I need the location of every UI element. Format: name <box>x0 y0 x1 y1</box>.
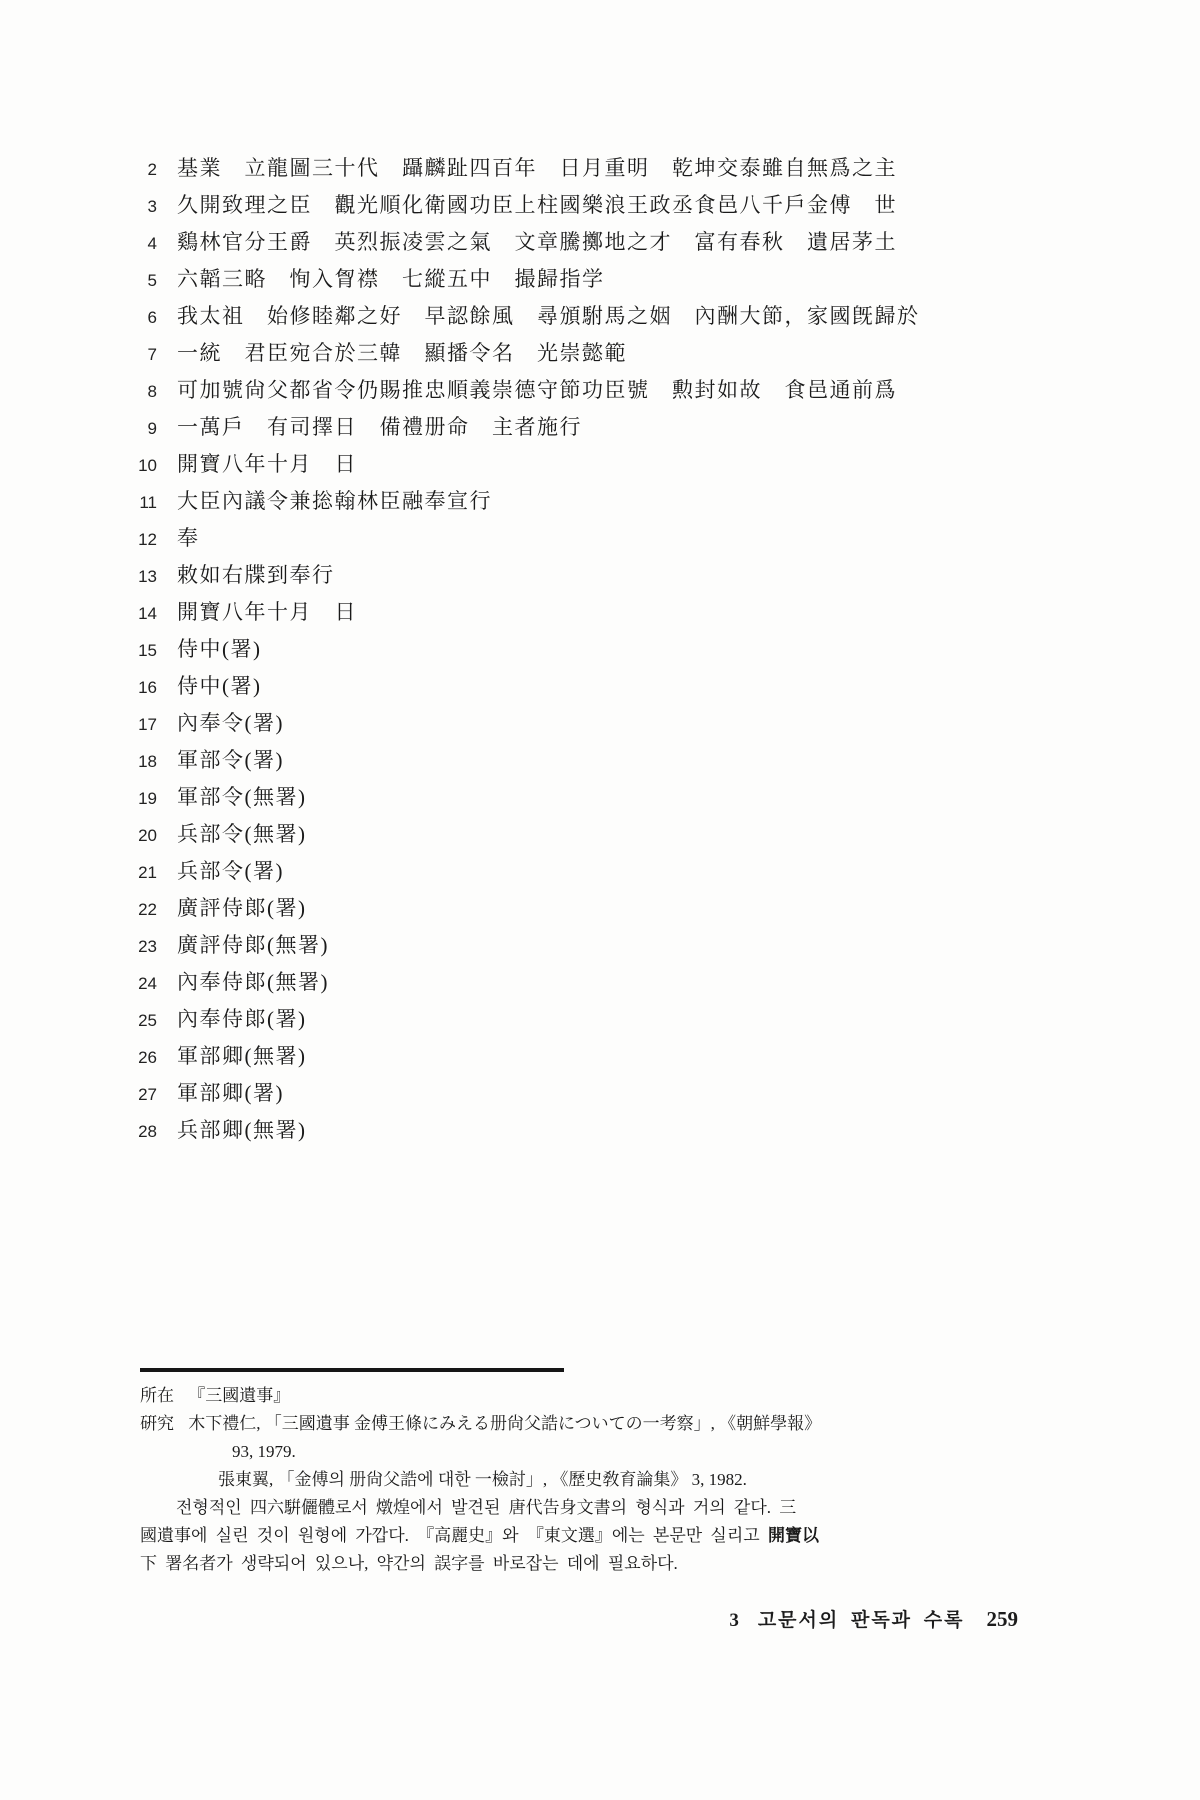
line-number: 5 <box>133 262 157 299</box>
transcription-line: 3 久開致理之臣 觀光順化衛國功臣上柱國樂浪王政丞食邑八千戶金傅 世 <box>133 187 1053 224</box>
line-number: 13 <box>133 558 157 595</box>
line-text: 軍部卿(無署) <box>177 1038 307 1075</box>
line-text: 大臣內議令兼捴翰林臣融奉宣行 <box>177 483 492 520</box>
commentary-line-1: 전형적인 四六騈儷體로서 燉煌에서 발견된 唐代告身文書의 형식과 거의 같다.… <box>140 1494 1038 1522</box>
line-number: 14 <box>133 595 157 632</box>
transcription-line: 18 軍部令(署) <box>133 742 1053 779</box>
line-text: 鷄林官分王爵 英烈振凌雲之氣 文章騰擲地之才 富有春秋 遺居茅土 <box>177 224 897 261</box>
line-number: 7 <box>133 336 157 373</box>
transcription-line: 22 廣評侍郞(署) <box>133 890 1053 927</box>
transcription-line: 7 一統 君臣宛合於三韓 顯播令名 光崇懿範 <box>133 335 1053 372</box>
commentary-line-3: 下 署名者가 생략되어 있으나, 약간의 誤字를 바로잡는 데에 필요하다. <box>140 1550 1038 1578</box>
transcription-line: 10 開寶八年十月 日 <box>133 446 1053 483</box>
line-number: 10 <box>133 447 157 484</box>
transcription-line: 26 軍部卿(無署) <box>133 1038 1053 1075</box>
commentary-line-2-bold: 開寶以 <box>768 1526 819 1545</box>
reference-1-pages: 93, 1979. <box>232 1442 296 1461</box>
line-text: 侍中(署) <box>177 631 262 668</box>
line-text: 軍部令(無署) <box>177 779 307 816</box>
transcription-line: 23 廣評侍郞(無署) <box>133 927 1053 964</box>
commentary-line-2-text: 國遺事에 실린 것이 원형에 가깝다. 『高麗史』와 『東文選』에는 본문만 실… <box>140 1526 768 1545</box>
line-text: 軍部令(署) <box>177 742 284 779</box>
transcription-line: 15 侍中(署) <box>133 631 1053 668</box>
transcription-line: 20 兵部令(無署) <box>133 816 1053 853</box>
line-text: 久開致理之臣 觀光順化衛國功臣上柱國樂浪王政丞食邑八千戶金傅 世 <box>177 187 897 224</box>
transcription-line: 27 軍部卿(署) <box>133 1075 1053 1112</box>
footnote-block: 所在 『三國遺事』 硏究 木下禮仁, 「三國遺事 金傅王條にみえる册尙父誥につい… <box>140 1368 1040 1578</box>
transcription-line: 6 我太祖 始修睦鄰之好 早認餘風 尋頒駙馬之姻 內酬大節，家國旣歸於 <box>133 298 1053 335</box>
footnote-location-line: 所在 『三國遺事』 <box>140 1382 1040 1410</box>
commentary-line-3-text: 下 署名者가 생략되어 있으나, 약간의 誤字를 바로잡는 데에 필요하다. <box>140 1554 678 1573</box>
line-text: 侍中(署) <box>177 668 262 705</box>
transcription-line: 28 兵部卿(無署) <box>133 1112 1053 1149</box>
line-text: 開寶八年十月 日 <box>177 594 357 631</box>
footnote-research-line: 硏究 木下禮仁, 「三國遺事 金傅王條にみえる册尙父誥についての一考察」, 《朝… <box>140 1410 1040 1438</box>
line-number: 15 <box>133 632 157 669</box>
line-text: 兵部卿(無署) <box>177 1112 307 1149</box>
line-number: 27 <box>133 1076 157 1113</box>
line-number: 18 <box>133 743 157 780</box>
chapter-title: 고문서의 판독과 수록 <box>758 1610 965 1631</box>
line-text: 奉 <box>177 520 200 557</box>
line-text: 六韜三略 恂入胷襟 七縱五中 撮歸指学 <box>177 261 605 298</box>
book-page: 2 基業 立龍圖三十代 躡麟趾四百年 日月重明 乾坤交泰雖自無爲之主 3 久開致… <box>0 0 1200 1800</box>
line-number: 21 <box>133 854 157 891</box>
line-text: 廣評侍郞(無署) <box>177 927 329 964</box>
line-text: 開寶八年十月 日 <box>177 446 357 483</box>
line-text: 基業 立龍圖三十代 躡麟趾四百年 日月重明 乾坤交泰雖自無爲之主 <box>177 150 897 187</box>
chapter-number: 3 <box>729 1610 740 1631</box>
transcription-line: 17 內奉令(署) <box>133 705 1053 742</box>
line-number: 17 <box>133 706 157 743</box>
research-label: 硏究 <box>140 1414 174 1433</box>
line-number: 11 <box>133 484 157 521</box>
transcription-line: 5 六韜三略 恂入胷襟 七縱五中 撮歸指学 <box>133 261 1053 298</box>
reference-1-part1: 木下禮仁, 「三國遺事 金傅王條にみえる册尙父誥についての一考察」, 《朝鮮學報… <box>188 1414 821 1433</box>
line-text: 我太祖 始修睦鄰之好 早認餘風 尋頒駙馬之姻 內酬大節，家國旣歸於 <box>177 298 920 335</box>
reference-2: 張東翼, 「金傅의 册尙父誥에 대한 一檢討」, 《歷史敎育論集》 3, 198… <box>140 1466 1040 1494</box>
line-text: 一萬戶 有司擇日 備禮册命 主者施行 <box>177 409 582 446</box>
line-number: 19 <box>133 780 157 817</box>
line-number: 2 <box>133 151 157 188</box>
transcription-line: 8 可加號尙父都省令仍賜推忠順義崇德守節功臣號 勲封如故 食邑通前爲 <box>133 372 1053 409</box>
line-number: 3 <box>133 188 157 225</box>
transcription-lines: 2 基業 立龍圖三十代 躡麟趾四百年 日月重明 乾坤交泰雖自無爲之主 3 久開致… <box>133 150 1053 1149</box>
line-number: 6 <box>133 299 157 336</box>
transcription-line: 24 內奉侍郞(無署) <box>133 964 1053 1001</box>
line-number: 22 <box>133 891 157 928</box>
line-text: 可加號尙父都省令仍賜推忠順義崇德守節功臣號 勲封如故 食邑通前爲 <box>177 372 897 409</box>
footnote-divider <box>140 1368 564 1372</box>
line-number: 8 <box>133 373 157 410</box>
line-text: 軍部卿(署) <box>177 1075 284 1112</box>
transcription-line: 2 基業 立龍圖三十代 躡麟趾四百年 日月重明 乾坤交泰雖自無爲之主 <box>133 150 1053 187</box>
line-text: 內奉侍郞(無署) <box>177 964 329 1001</box>
line-number: 26 <box>133 1039 157 1076</box>
commentary-paragraph: 전형적인 四六騈儷體로서 燉煌에서 발견된 唐代告身文書의 형식과 거의 같다.… <box>140 1494 1038 1578</box>
transcription-line: 14 開寶八年十月 日 <box>133 594 1053 631</box>
page-number: 259 <box>987 1607 1019 1631</box>
transcription-block: 2 基業 立龍圖三十代 躡麟趾四百年 日月重明 乾坤交泰雖自無爲之主 3 久開致… <box>133 150 1053 1149</box>
line-text: 兵部令(署) <box>177 853 284 890</box>
line-number: 28 <box>133 1113 157 1150</box>
transcription-line: 9 一萬戶 有司擇日 備禮册命 主者施行 <box>133 409 1053 446</box>
commentary-line-2: 國遺事에 실린 것이 원형에 가깝다. 『高麗史』와 『東文選』에는 본문만 실… <box>140 1522 1038 1550</box>
line-number: 23 <box>133 928 157 965</box>
transcription-line: 21 兵部令(署) <box>133 853 1053 890</box>
line-number: 24 <box>133 965 157 1002</box>
line-number: 9 <box>133 410 157 447</box>
reference-2-text: 張東翼, 「金傅의 册尙父誥에 대한 一檢討」, 《歷史敎育論集》 3, 198… <box>218 1470 747 1489</box>
transcription-line: 16 侍中(署) <box>133 668 1053 705</box>
location-label: 所在 <box>140 1386 174 1405</box>
transcription-line: 13 敕如右牒到奉行 <box>133 557 1053 594</box>
transcription-line: 19 軍部令(無署) <box>133 779 1053 816</box>
line-number: 16 <box>133 669 157 706</box>
transcription-line: 12 奉 <box>133 520 1053 557</box>
line-number: 12 <box>133 521 157 558</box>
transcription-line: 11 大臣內議令兼捴翰林臣融奉宣行 <box>133 483 1053 520</box>
line-text: 內奉令(署) <box>177 705 284 742</box>
running-footer: 3 고문서의 판독과 수록 259 <box>0 1605 1018 1632</box>
reference-1-part2: 93, 1979. <box>140 1438 1040 1466</box>
line-text: 內奉侍郞(署) <box>177 1001 307 1038</box>
line-text: 廣評侍郞(署) <box>177 890 307 927</box>
line-text: 一統 君臣宛合於三韓 顯播令名 光崇懿範 <box>177 335 627 372</box>
commentary-line-1-text: 전형적인 四六騈儷體로서 燉煌에서 발견된 唐代告身文書의 형식과 거의 같다.… <box>140 1498 796 1517</box>
line-text: 兵部令(無署) <box>177 816 307 853</box>
transcription-line: 4 鷄林官分王爵 英烈振凌雲之氣 文章騰擲地之才 富有春秋 遺居茅土 <box>133 224 1053 261</box>
location-value: 『三國遺事』 <box>188 1386 290 1405</box>
line-number: 4 <box>133 225 157 262</box>
line-number: 20 <box>133 817 157 854</box>
line-text: 敕如右牒到奉行 <box>177 557 335 594</box>
transcription-line: 25 內奉侍郞(署) <box>133 1001 1053 1038</box>
line-number: 25 <box>133 1002 157 1039</box>
